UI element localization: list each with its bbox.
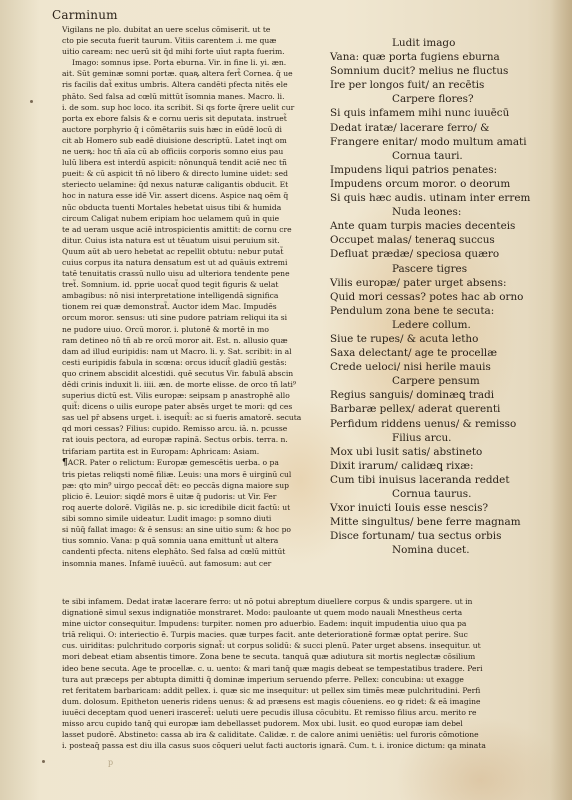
poem-adonic-line: Ludit imago (330, 36, 560, 50)
poem-line: Defluat prædæ/ speciosa quæro (330, 247, 560, 261)
commentary-line: ris facilis dat̃ exitus umbris. Altera c… (62, 79, 302, 90)
poem-line: Vxor inuicti Iouis esse nescis? (330, 501, 560, 515)
commentary-line: si nūq̄ fallat imago: & ē sensus: an sin… (62, 524, 302, 535)
commentary-full-width: te sibi infamem. Dedat iratæ lacerare fe… (62, 596, 532, 751)
book-page: Carminum Vigilans ne plo. dubitat an uer… (0, 0, 572, 800)
commentary-line: i. posteaq̄ passa est diu illa casus suo… (62, 740, 532, 751)
commentary-line: dignationē simul sexus indignatiōe monst… (62, 607, 532, 618)
poem-line: Disce fortunam/ tua sectus orbis (330, 529, 560, 543)
poem-line: Siue te rupes/ & acuta letho (330, 332, 560, 346)
poem-line: Dedat iratæ/ lacerare ferro/ & (330, 121, 560, 135)
commentary-line: orcum moror. sensus: uti sine pudore pat… (62, 312, 302, 323)
poem-line: Vilis europæ/ pater urget absens: (330, 276, 560, 290)
poem-line: Perfidum riddens uenus/ & remisso (330, 417, 560, 431)
poem-line: Saxa delectant/ age te procellæ (330, 346, 560, 360)
poem-line: Regius sanguis/ dominæꝗ tradi (330, 388, 560, 402)
poem-adonic-line: Cornua taurus. (330, 487, 560, 501)
commentary-line: tatē tenuitatis crassū nullo uisu ad ult… (62, 268, 302, 279)
poem-adonic-line: Ledere collum. (330, 318, 560, 332)
commentary-line: ne pudore uiuo. Orcū moror. i. plutonē &… (62, 324, 302, 335)
poem-adonic-line: Filius arcu. (330, 431, 560, 445)
signature-mark: p (108, 758, 113, 767)
commentary-line: dēdi crinis induxit li. iiii. æn. de mor… (62, 379, 302, 390)
poem-line: Impudens liqui patrios penates: (330, 163, 560, 177)
poem-line: Barbaræ pellex/ aderat querenti (330, 402, 560, 416)
commentary-line: mori debeat etiam absentis timore. Zona … (62, 651, 532, 662)
commentary-line: Vigilans ne plo. dubitat an uere scelus … (62, 24, 302, 35)
commentary-line: rat iouis pectora, ad europæ rapinā. Sec… (62, 434, 302, 445)
commentary-line: te sibi infamem. Dedat iratæ lacerare fe… (62, 596, 532, 607)
commentary-line: i. de som. sup hoc loco. ita scribit. Si… (62, 102, 302, 113)
commentary-line: cuius corpus ita natura densatum est ut … (62, 257, 302, 268)
commentary-line: iuuēci deceptam quod ueneri irasceret̃: … (62, 707, 532, 718)
commentary-line: cto pie secuta fuerit taurum. Vitiis car… (62, 35, 302, 46)
commentary-line: Quum aūt ab uero hebetat ac repellit obt… (62, 246, 302, 257)
commentary-line: roq auerte dolorē. Vigilās ne. p. sic ic… (62, 502, 302, 513)
commentary-line: steriecto uelamine: q̄d nexus naturæ cal… (62, 179, 302, 190)
commentary-line: ambagibus: nō nisi interpretatione intel… (62, 290, 302, 301)
poem-line: Occupet malas/ teneraꝗ succus (330, 233, 560, 247)
poem-line: Pendulum zona bene te secuta: (330, 304, 560, 318)
poem-line: Frangere enitar/ modo multum amati (330, 135, 560, 149)
commentary-line: tionem rei quæ demonstrat̃. Auctor idem … (62, 301, 302, 312)
commentary-line: tris pietas reliqsti nomē filiæ. Leuis: … (62, 469, 302, 480)
commentary-line: insomnia manes. Infamē iuuēcū. aut famos… (62, 558, 302, 569)
commentary-line: quit̃: dicens o uilis europe pater absēs… (62, 401, 302, 412)
ink-speck (30, 100, 33, 103)
commentary-line: qd mori cessas? Filius: cupido. Remisso … (62, 423, 302, 434)
commentary-line: pueit: & cū aspicit tñ nō libero & direc… (62, 168, 302, 179)
commentary-line: ait. Sūt geminæ somni portæ. quaꝶ altera… (62, 68, 302, 79)
commentary-line: cit ab Homero sub eadē diuisione descrip… (62, 135, 302, 146)
commentary-line: hoc in natura esse idē Vir. assert dicen… (62, 190, 302, 201)
commentary-line: dum. dolosum. Epitheton ueneris ridens u… (62, 696, 532, 707)
commentary-line: ram detineo nō tñ ab re orcū moror ait. … (62, 335, 302, 346)
commentary-line-text: ACR. Pater o relictum: Europæ gemescētis… (68, 458, 279, 467)
commentary-line: ditur. Cuius ista natura est ut tēuatum … (62, 235, 302, 246)
commentary-line: nūc obducta tuenti Mortales hebetat uisu… (62, 202, 302, 213)
commentary-line: cesti euripidis fabula in scœna: orcus i… (62, 357, 302, 368)
commentary-line: tret̃. Somnium. id. pprie uocat̃ quod te… (62, 279, 302, 290)
commentary-line: auctore porphyrio q̄ i cōmētariis suis h… (62, 124, 302, 135)
poem-line: Mox ubi lusit satis/ abstineto (330, 445, 560, 459)
commentary-column: Vigilans ne plo. dubitat an uere scelus … (62, 24, 296, 569)
commentary-line: porta ex ebore falsis & e cornu ueris si… (62, 113, 302, 124)
poem-line: Dixit irarum/ calidæꝗ rixæ: (330, 459, 560, 473)
poem-line: Mitte singultus/ bene ferre magnam (330, 515, 560, 529)
commentary-line: ret feritatem barbaricam: addit pellex. … (62, 685, 532, 696)
running-head: Carminum (52, 8, 118, 22)
poem-line: Ante quam turpis macies decenteis (330, 219, 560, 233)
poem-column: Ludit imago Vana: quæ porta fugiens ebur… (330, 36, 560, 557)
commentary-line: lulū libera est interdū aspicit: nōnunqu… (62, 157, 302, 168)
commentary-line: circum Caligat nubem eripiam hoc uelamem… (62, 213, 302, 224)
poem-line: Quid mori cessas? potes hac ab orno (330, 290, 560, 304)
commentary-line: trifariam partita est in Europam: Aphric… (62, 446, 302, 457)
poem-adonic-line: Pascere tigres (330, 262, 560, 276)
commentary-line: tura aut præceps per abtupta dimitti q̄ … (62, 674, 532, 685)
commentary-line: cus. uiriditas: pulchritudo corporis sig… (62, 640, 532, 651)
commentary-line: quo crinem abscidit alcestidi. quē secut… (62, 368, 302, 379)
commentary-line: te ad ueram usque aciē introspicientis a… (62, 224, 302, 235)
commentary-line: sas uel pr̄ absens urget. i. isequit̃: a… (62, 412, 302, 423)
poem-adonic-line: Carpere pensum (330, 374, 560, 388)
ink-speck (42, 760, 45, 763)
poem-adonic-line: Nuda leones: (330, 205, 560, 219)
commentary-line: mine uictor consequitur. Impudens: turpi… (62, 618, 532, 629)
commentary-line: superius dictū est. Vilis europæ: seipsa… (62, 390, 302, 401)
gutter-shadow (0, 0, 40, 800)
poem-line: Cum tibi inuisus laceranda reddet (330, 473, 560, 487)
poem-line: Ire per longos fuit/ an recētis (330, 78, 560, 92)
commentary-line: ideo bene secuta. Age te procellæ. c. u.… (62, 663, 532, 674)
commentary-line: plicio ē. Leuior: siqdē mors ē uitæ q̄ p… (62, 491, 302, 502)
commentary-line: ne uerꝶ: hoc tñ aīa cū ab officiis corpo… (62, 146, 302, 157)
paragraph-mark-line: ¶ACR. Pater o relictum: Europæ gemescēti… (62, 457, 302, 469)
poem-line: Si quis hæc audis. utinam inter errem (330, 191, 560, 205)
commentary-line: sibi somno simile uideatur. Ludit imago:… (62, 513, 302, 524)
commentary-line: tius somnio. Vana: p quā somnia uana emi… (62, 535, 302, 546)
commentary-line: misso arcu cupido tanq̄ qui europæ iam d… (62, 718, 532, 729)
commentary-line: Imago: somnus ipse. Porta eburna. Vir. i… (62, 57, 312, 68)
poem-line: Crede ueloci/ nisi herile mauis (330, 360, 560, 374)
commentary-line: candenti pfecta. nitens elephāto. Sed fa… (62, 546, 302, 557)
poem-line: Si quis infamem mihi nunc iuuēcū (330, 106, 560, 120)
commentary-line: triā reliqui. O: interiectio ē. Turpis m… (62, 629, 532, 640)
poem-adonic-line: Cornua tauri. (330, 149, 560, 163)
poem-line: Vana: quæ porta fugiens eburna (330, 50, 560, 64)
poem-adonic-line: Carpere flores? (330, 92, 560, 106)
commentary-line: lasset pudorē. Abstineto: cassa ab ira &… (62, 729, 532, 740)
poem-adonic-line: Nomina ducet. (330, 543, 560, 557)
commentary-line: pæ: qto min⁹ uirgo peccat̃ dēt: eo peccā… (62, 480, 302, 491)
commentary-line: dam ad illud euripidis: nam ut Macro. li… (62, 346, 302, 357)
commentary-line: phāto. Sed falsa ad cœlū mittūt īsomnia … (62, 91, 302, 102)
poem-line: Somnium ducit? melius ne fluctus (330, 64, 560, 78)
poem-line: Impudens orcum moror. o deorum (330, 177, 560, 191)
commentary-line: uitio caream: nec uerū sit q̄d mihi fort… (62, 46, 302, 57)
